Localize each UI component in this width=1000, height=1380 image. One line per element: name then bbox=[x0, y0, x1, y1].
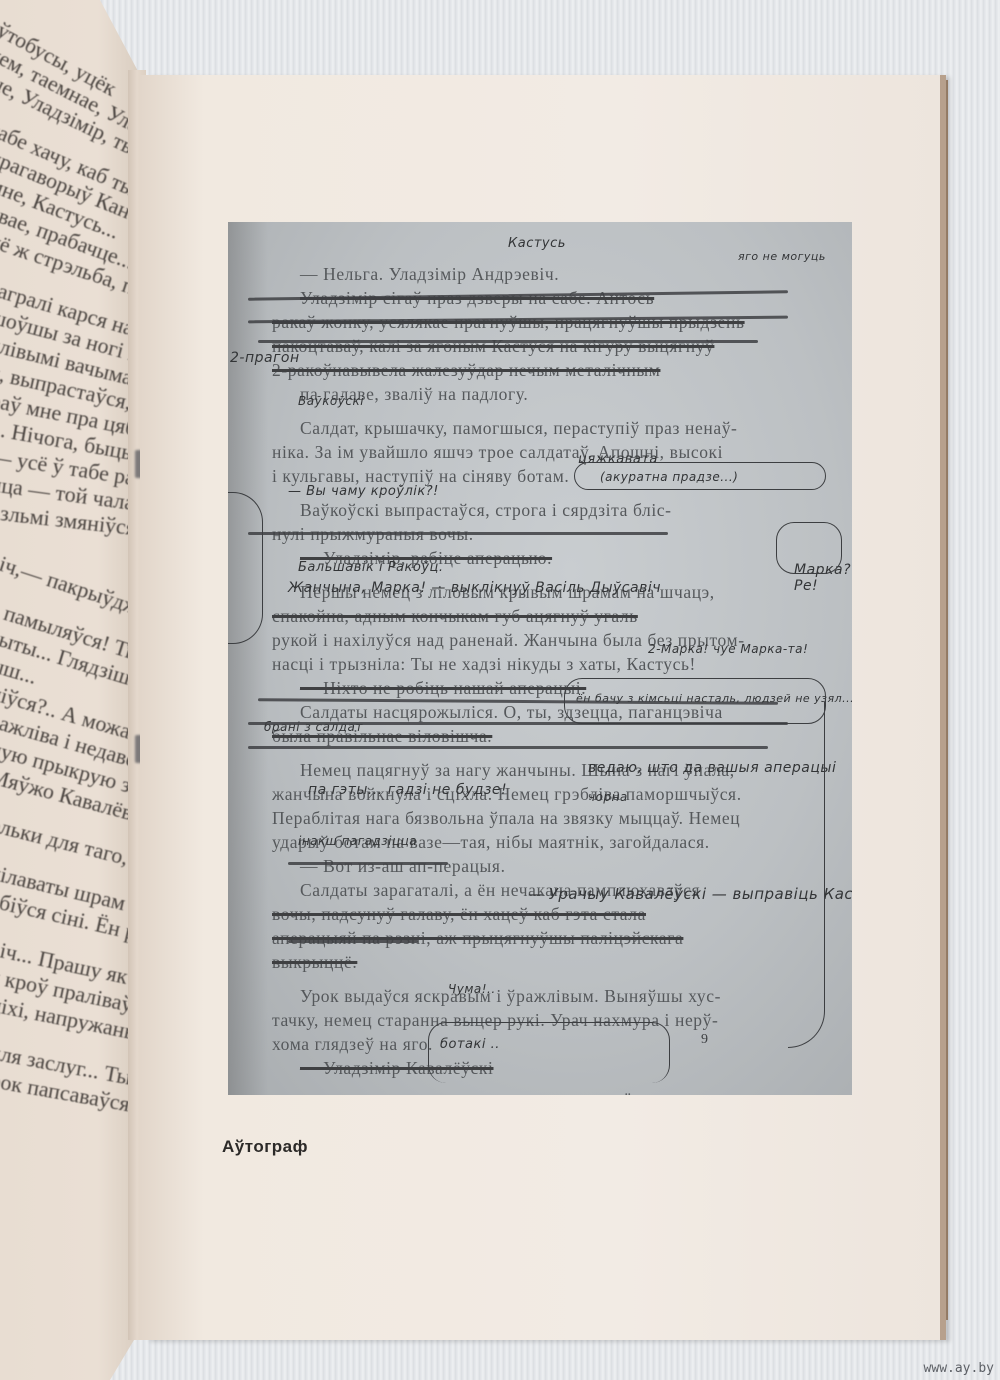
paragraph-gap bbox=[272, 748, 832, 758]
handwritten-note: iнакш пагадзiцца bbox=[298, 834, 417, 848]
printed-text: i кульгавы, наступiў на сiняву ботам. bbox=[272, 466, 569, 486]
printed-text: — Вот из-аш ап-перацыя. bbox=[300, 856, 506, 876]
handwritten-note: Жанчына, Марка! — выклiкнуў Васiль Дыўса… bbox=[288, 580, 661, 596]
manuscript-line: Салдат, крышачку, памогшыся, пераступiў … bbox=[272, 416, 832, 440]
strike-mark bbox=[248, 746, 768, 749]
manuscript-line: Пераблiтая нага бязвольна ўпала на звязк… bbox=[272, 806, 832, 830]
manuscript-line: пакоцтаваў, калi за ягоным Кастуся на кi… bbox=[272, 334, 832, 358]
strike-mark bbox=[288, 940, 418, 943]
handwritten-note: чорна bbox=[588, 790, 628, 804]
printed-text: Пераблiтая нага бязвольна ўпала на звязк… bbox=[272, 808, 740, 828]
watermark: www.ay.by bbox=[924, 1361, 994, 1376]
margin-loop bbox=[428, 1022, 670, 1083]
manuscript-line: 2-ракоўнавывела жалезуўдар нечым металiч… bbox=[272, 358, 832, 382]
struck-text: 2-ракоўнавывела жалезуўдар нечым металiч… bbox=[272, 360, 660, 380]
manuscript-line: нiка. За iм увайшло яшчэ трое салдатаў. … bbox=[272, 440, 832, 464]
manuscript-line: — Нельга. Уладзiмiр Андрэевiч. bbox=[272, 262, 832, 286]
page-edge bbox=[940, 80, 948, 1320]
margin-loop bbox=[564, 678, 826, 724]
caption: Аўтограф bbox=[222, 1137, 308, 1157]
printed-text: Урок выдаўся яскравым i ўражлiвым. Выняў… bbox=[300, 986, 721, 1006]
margin-loop bbox=[776, 522, 842, 574]
printed-text: — Нельга. Уладзiмiр Андрэевiч. bbox=[300, 264, 559, 284]
printed-text: Ваўкоўскi выпрастаўся, строга i сярдзiта… bbox=[300, 500, 672, 520]
paragraph-gap bbox=[272, 974, 832, 984]
handwritten-note: Кастусь bbox=[508, 236, 566, 251]
handwritten-note: Чума!.. bbox=[448, 982, 496, 996]
handwritten-note: яго не могуць bbox=[738, 250, 826, 263]
manuscript-line: аперацыяй па рэзнi, аж прыцягнуўшы палiц… bbox=[272, 926, 832, 950]
manuscript-page-number: 9 bbox=[701, 1032, 708, 1048]
manuscript-line: — Вот из-аш ап-перацыя. bbox=[272, 854, 832, 878]
margin-loop bbox=[228, 492, 263, 644]
manuscript-line: вочы, падсунуў галаву, ён хацеў каб гэта… bbox=[272, 902, 832, 926]
struck-text: выкрыццё. bbox=[272, 952, 357, 972]
struck-text: вочы, падсунуў галаву, ён хацеў каб гэта… bbox=[272, 904, 646, 924]
struck-text: пакоцтаваў, калi за ягоным Кастуся на кi… bbox=[272, 336, 714, 356]
struck-text: — Нiхто не робiць нашай аперацыi. bbox=[300, 678, 586, 698]
margin-loop bbox=[788, 702, 825, 1048]
left-page: аўтобусы, уцёкнем, таемнае, Уладзiмые, У… bbox=[0, 0, 140, 1380]
handwritten-note: 2-прагон bbox=[230, 350, 300, 366]
strike-mark bbox=[248, 532, 668, 535]
handwritten-note: — Вы чаму кроўлiк?! bbox=[288, 484, 439, 499]
manuscript-photo: — Нельга. Уладзiмiр Андрэевiч.Уладзiмiр … bbox=[228, 222, 852, 1095]
manuscript-line: спакойна, адным кончыкам губ ацягнуў уга… bbox=[272, 604, 832, 628]
margin-loop bbox=[574, 462, 826, 490]
printed-text: хома глядзеў на яго. bbox=[272, 1034, 433, 1054]
printed-text: насцi i трызнiла: Ты не хадзi нiкуды з х… bbox=[272, 654, 696, 674]
manuscript-line: Каўнер цiснуў горла, замiнаў гаварыць. Ё… bbox=[272, 1090, 832, 1095]
printed-text: Каўнер цiснуў горла, замiнаў гаварыць. Ё… bbox=[300, 1092, 746, 1095]
manuscript-line: Урок выдаўся яскравым i ўражлiвым. Выняў… bbox=[272, 984, 832, 1008]
handwritten-note: Бальшавік i Ракоўц. bbox=[298, 560, 444, 575]
handwritten-note: 2-Марка! чуе Марка-та! bbox=[648, 642, 808, 656]
strike-mark bbox=[288, 862, 448, 865]
manuscript-line: выкрыццё. bbox=[272, 950, 832, 974]
handwritten-note: па гэты... гадзi не будзе! bbox=[308, 782, 507, 798]
strike-mark bbox=[258, 340, 758, 343]
struck-text: аперацыяй па рэзнi, аж прыцягнуўшы палiц… bbox=[272, 928, 683, 948]
left-page-text: аўтобусы, уцёкнем, таемнае, Уладзiмые, У… bbox=[0, 10, 140, 1094]
struck-text: спакойна, адным кончыкам губ ацягнуў уга… bbox=[272, 606, 638, 626]
printed-text: Салдат, крышачку, памогшыся, пераступiў … bbox=[300, 418, 737, 438]
manuscript-line: Ваўкоўскi выпрастаўся, строга i сярдзiта… bbox=[272, 498, 832, 522]
handwritten-note: Ваўкоўскi bbox=[298, 394, 364, 408]
